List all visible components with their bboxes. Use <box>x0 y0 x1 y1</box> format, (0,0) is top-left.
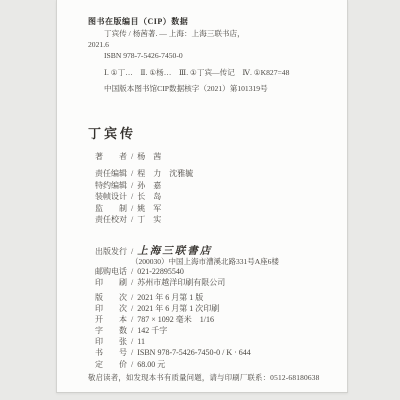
staff-row: 特约编辑/孙 嘉 <box>95 180 193 192</box>
print-info-row: 书 号/ISBN 978-7-5426-7450-0 / K · 644 <box>95 347 251 358</box>
slash-separator: / <box>131 152 133 161</box>
slash-separator: / <box>131 267 133 276</box>
staff-row: 责任编辑/程 力 沈雅毓 <box>95 168 193 180</box>
print-info-label: 版 次 <box>95 293 127 302</box>
print-info-label: 书 号 <box>95 348 127 357</box>
slash-separator: / <box>131 337 133 346</box>
cip-entry-line1: 丁宾传 / 杨茜著. — 上海：上海三联书店， <box>104 29 324 40</box>
cip-header: 图书在版编目（CIP）数据 <box>88 16 188 27</box>
staff-value: 长 岛 <box>137 192 161 201</box>
print-info-value: ISBN 978-7-5426-7450-0 / K · 644 <box>137 348 251 357</box>
print-info-label: 印 张 <box>95 337 127 346</box>
print-info-label: 字 数 <box>95 326 127 335</box>
print-info-row: 开 本/787 × 1092 毫米 1/16 <box>95 314 251 325</box>
author-name: 杨 茜 <box>137 152 161 161</box>
printer-name: 苏州市越洋印刷有限公司 <box>137 278 225 287</box>
staff-label: 装帧设计 <box>95 192 127 201</box>
print-info-value: 68.00 元 <box>137 360 165 369</box>
slash-separator: / <box>131 278 133 287</box>
staff-label: 责任编辑 <box>95 169 127 178</box>
reader-quality-note: 敬启读者，如发现本书有质量问题，请与印刷厂联系：0512-68180638 <box>88 372 320 383</box>
staff-row: 装帧设计/长 岛 <box>95 191 193 203</box>
staff-value: 孙 嘉 <box>137 181 161 190</box>
print-info-value: 11 <box>137 337 145 346</box>
slash-separator: / <box>131 247 133 256</box>
staff-row: 监 制/姚 军 <box>95 203 193 215</box>
mail-order-phone-label: 邮购电话 <box>95 267 127 276</box>
slash-separator: / <box>131 360 133 369</box>
slash-separator: / <box>131 304 133 313</box>
print-info-block: 版 次/2021 年 6 月第 1 版 印 次/2021 年 6 月第 1 次印… <box>95 292 251 370</box>
staff-credits: 责任编辑/程 力 沈雅毓 特约编辑/孙 嘉 装帧设计/长 岛 监 制/姚 军 责… <box>95 168 193 226</box>
staff-value: 程 力 沈雅毓 <box>137 169 193 178</box>
mail-order-phone-row: 邮购电话/021-22895540 <box>95 266 184 277</box>
staff-label: 责任校对 <box>95 215 127 224</box>
slash-separator: / <box>131 192 133 201</box>
slash-separator: / <box>131 215 133 224</box>
book-title: 丁宾传 <box>88 123 136 142</box>
cip-entry: 丁宾传 / 杨茜著. — 上海：上海三联书店， 2021.6 <box>88 29 324 50</box>
cip-isbn: ISBN 978-7-5426-7450-0 <box>104 51 183 60</box>
print-info-value: 787 × 1092 毫米 1/16 <box>137 315 214 324</box>
cip-record-number: 中国版本图书馆CIP数据核字（2021）第101319号 <box>104 83 268 94</box>
staff-row: 责任校对/丁 实 <box>95 214 193 226</box>
slash-separator: / <box>131 181 133 190</box>
slash-separator: / <box>131 326 133 335</box>
print-info-row: 版 次/2021 年 6 月第 1 版 <box>95 292 251 303</box>
print-info-value: 2021 年 6 月第 1 次印刷 <box>137 304 219 313</box>
slash-separator: / <box>131 204 133 213</box>
slash-separator: / <box>131 293 133 302</box>
printer-label: 印 刷 <box>95 278 127 287</box>
print-info-row: 字 数/142 千字 <box>95 325 251 336</box>
print-info-value: 142 千字 <box>137 326 167 335</box>
cip-entry-line2: 2021.6 <box>88 40 324 51</box>
staff-value: 丁 实 <box>137 215 161 224</box>
copyright-page: 图书在版编目（CIP）数据 丁宾传 / 杨茜著. — 上海：上海三联书店， 20… <box>56 0 348 393</box>
mail-order-phone-number: 021-22895540 <box>137 267 184 276</box>
print-info-value: 2021 年 6 月第 1 版 <box>137 293 203 302</box>
cip-classification: Ⅰ. ①丁… Ⅱ. ①杨… Ⅲ. ①丁宾—传记 Ⅳ. ①K827=48 <box>104 67 289 78</box>
printer-row: 印 刷/苏州市越洋印刷有限公司 <box>95 277 225 288</box>
slash-separator: / <box>131 348 133 357</box>
author-row: 著 者/杨 茜 <box>95 151 161 162</box>
print-info-label: 印 次 <box>95 304 127 313</box>
publisher-label: 出版发行 <box>95 247 127 256</box>
print-info-label: 定 价 <box>95 360 127 369</box>
author-label: 著 者 <box>95 152 127 161</box>
staff-value: 姚 军 <box>137 204 161 213</box>
staff-label: 特约编辑 <box>95 181 127 190</box>
print-info-label: 开 本 <box>95 315 127 324</box>
staff-label: 监 制 <box>95 204 127 213</box>
slash-separator: / <box>131 315 133 324</box>
print-info-row: 印 张/11 <box>95 336 251 347</box>
slash-separator: / <box>131 169 133 178</box>
print-info-row: 定 价/68.00 元 <box>95 359 251 370</box>
print-info-row: 印 次/2021 年 6 月第 1 次印刷 <box>95 303 251 314</box>
